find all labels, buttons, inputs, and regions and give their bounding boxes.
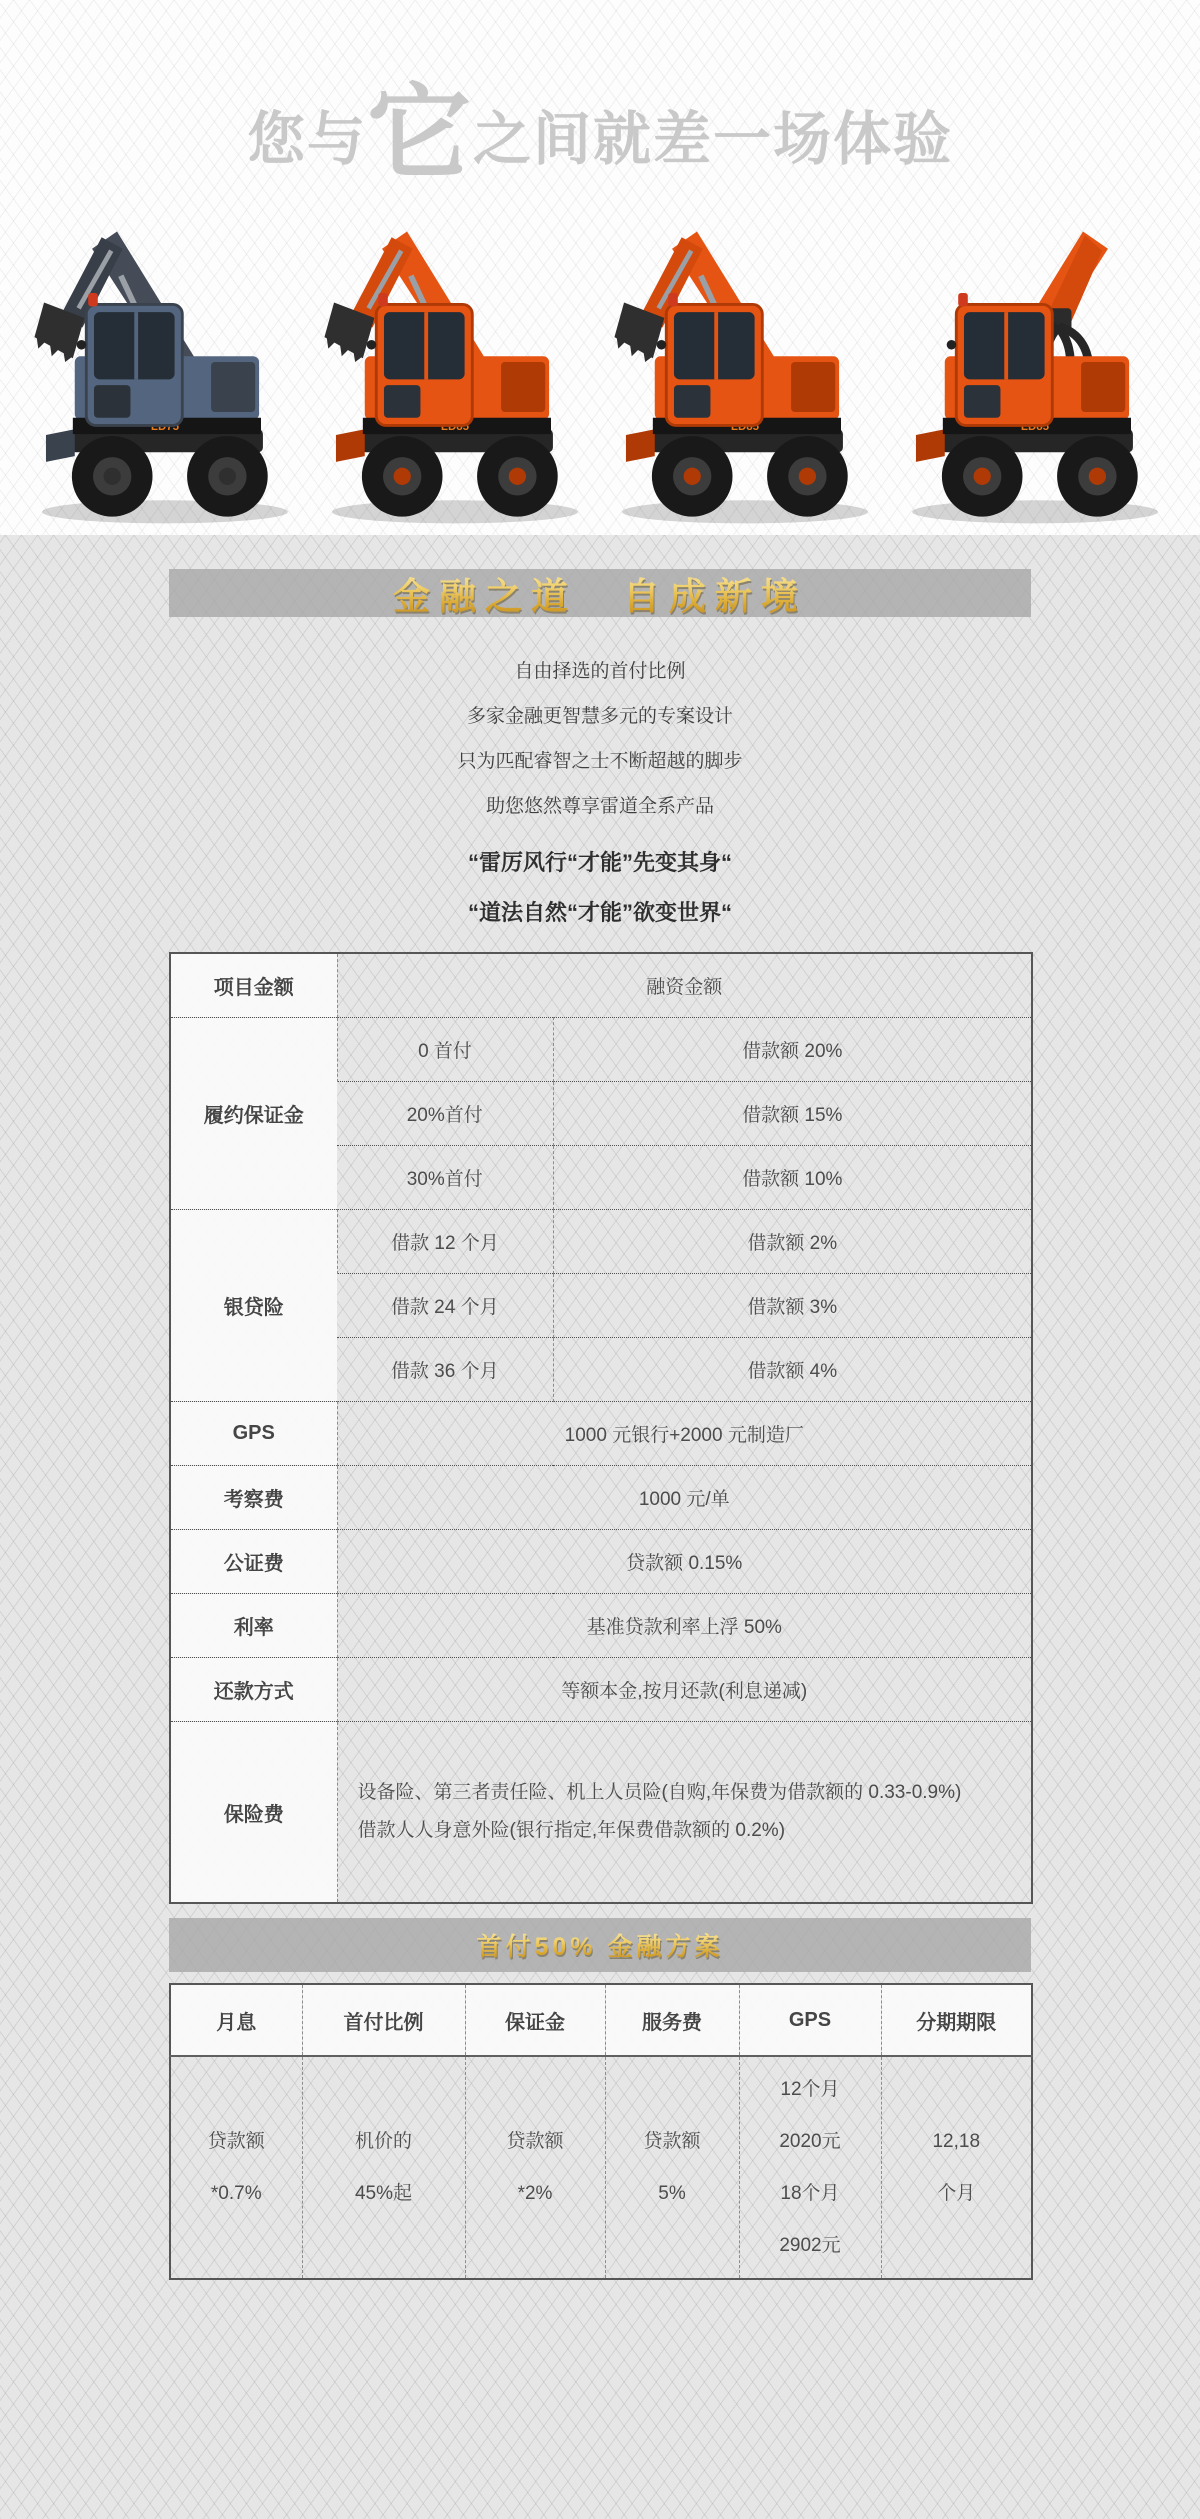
excavator-illustration: LD85 [311,192,599,535]
excavator-blue-bucket: LD75 [21,192,309,535]
excavator-orange-bucket-2: LD85 [601,192,889,535]
value-cell: 借款额 10% [553,1146,1032,1210]
finance-table: 项目金额 融资金额 履约保证金 0 首付 借款额 20% 20%首付 借款额 1… [169,952,1033,1904]
row-label: 考察费 [170,1466,337,1530]
value-cell: 借款额 20% [553,1018,1032,1082]
slogan-line: “道法自然“才能”欲变世界“ [0,888,1200,938]
value-cell: 基准贷款利率上浮 50% [337,1594,1032,1658]
excavator-row: LD75 [0,192,1200,535]
value-cell: 贷款额 5% [605,2056,739,2279]
plan-table: 月息 首付比例 保证金 服务费 GPS 分期期限 贷款额 *0.7% 机价的 4… [169,1983,1033,2280]
excavator-illustration: LD75 [21,192,309,535]
plan-banner: 首付50% 金融方案 [169,1918,1031,1972]
option-cell: 30%首付 [337,1146,553,1210]
table-row: 还款方式 等额本金,按月还款(利息递减) [170,1658,1032,1722]
column-header: 保证金 [465,1984,605,2056]
hero-section: 您与它之间就差一场体验 [0,0,1200,535]
table-row: GPS 1000 元银行+2000 元制造厂 [170,1402,1032,1466]
value-cell: 1000 元/单 [337,1466,1032,1530]
intro-line: 只为匹配睿智之士不断超越的脚步 [0,739,1200,784]
option-cell: 借款 36 个月 [337,1338,553,1402]
row-label: 公证费 [170,1530,337,1594]
intro-line: 自由择选的首付比例 [0,649,1200,694]
column-header: 服务费 [605,1984,739,2056]
table-row: 项目金额 融资金额 [170,953,1032,1018]
slogan-text: “雷厉风行“才能”先变其身“ “道法自然“才能”欲变世界“ [0,838,1200,938]
excavator-orange-bucket-1: LD85 [311,192,599,535]
row-label: 利率 [170,1594,337,1658]
table-header-row: 月息 首付比例 保证金 服务费 GPS 分期期限 [170,1984,1032,2056]
intro-line: 多家金融更智慧多元的专案设计 [0,694,1200,739]
column-header: 分期期限 [881,1984,1032,2056]
row-label: 银贷险 [170,1210,337,1402]
table-row: 考察费 1000 元/单 [170,1466,1032,1530]
column-header-value: 融资金额 [337,953,1032,1018]
column-header: 首付比例 [302,1984,465,2056]
value-cell: 1000 元银行+2000 元制造厂 [337,1402,1032,1466]
value-cell: 借款额 4% [553,1338,1032,1402]
table-row: 银贷险 借款 12 个月 借款额 2% [170,1210,1032,1274]
row-label: GPS [170,1402,337,1466]
column-header: 月息 [170,1984,302,2056]
value-cell: 贷款额 0.15% [337,1530,1032,1594]
option-cell: 0 首付 [337,1018,553,1082]
value-cell: 12个月 2020元 18个月 2902元 [739,2056,881,2279]
page-title: 您与它之间就差一场体验 [0,69,1200,205]
title-emphasis: 它 [367,76,473,192]
option-cell: 20%首付 [337,1082,553,1146]
finance-banner: 金融之道 自成新境 [169,569,1031,617]
column-header: GPS [739,1984,881,2056]
value-cell: 等额本金,按月还款(利息递减) [337,1658,1032,1722]
table-row: 利率 基准贷款利率上浮 50% [170,1594,1032,1658]
value-cell: 设备险、第三者责任险、机上人员险(自购,年保费为借款额的 0.33-0.9%) … [337,1722,1032,1904]
row-label: 还款方式 [170,1658,337,1722]
table-row: 保险费 设备险、第三者责任险、机上人员险(自购,年保费为借款额的 0.33-0.… [170,1722,1032,1904]
title-suffix: 之间就差一场体验 [473,107,953,172]
table-row: 公证费 贷款额 0.15% [170,1530,1032,1594]
value-cell: 借款额 3% [553,1274,1032,1338]
slogan-line: “雷厉风行“才能”先变其身“ [0,838,1200,888]
option-cell: 借款 24 个月 [337,1274,553,1338]
plan-banner-title: 首付50% 金融方案 [477,1927,724,1963]
value-cell: 借款额 15% [553,1082,1032,1146]
table-row: 贷款额 *0.7% 机价的 45%起 贷款额 *2% 贷款额 5% 12个月 2… [170,2056,1032,2279]
title-prefix: 您与 [247,107,367,172]
finance-banner-title: 金融之道 自成新境 [393,566,807,620]
finance-section: 金融之道 自成新境 自由择选的首付比例 多家金融更智慧多元的专案设计 只为匹配睿… [0,535,1200,2519]
excavator-illustration: LD85 [891,192,1179,535]
table-row: 履约保证金 0 首付 借款额 20% [170,1018,1032,1082]
excavator-orange-grapple: LD85 [891,192,1179,535]
excavator-illustration: LD85 [601,192,889,535]
promo-page: 您与它之间就差一场体验 [0,0,1200,2519]
value-cell: 机价的 45%起 [302,2056,465,2279]
column-header-item: 项目金额 [170,953,337,1018]
intro-line: 助您悠然尊享雷道全系产品 [0,784,1200,829]
value-cell: 12,18 个月 [881,2056,1032,2279]
option-cell: 借款 12 个月 [337,1210,553,1274]
row-label: 履约保证金 [170,1018,337,1210]
value-cell: 贷款额 *0.7% [170,2056,302,2279]
row-label: 保险费 [170,1722,337,1904]
value-cell: 借款额 2% [553,1210,1032,1274]
value-cell: 贷款额 *2% [465,2056,605,2279]
intro-text: 自由择选的首付比例 多家金融更智慧多元的专案设计 只为匹配睿智之士不断超越的脚步… [0,649,1200,829]
